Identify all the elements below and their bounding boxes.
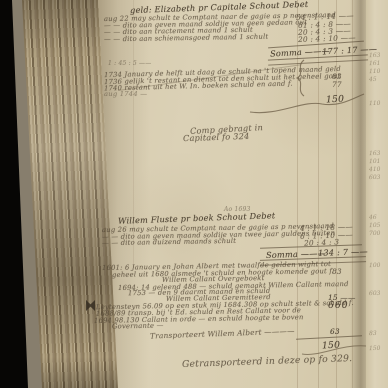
entry-line: Governante —: [112, 322, 164, 331]
margin-number: 105: [369, 222, 381, 229]
year-entry: aug 1744 —: [104, 90, 147, 98]
margin-number: 603: [369, 174, 381, 181]
margin-number: 83: [369, 330, 377, 337]
margin-number: 700: [369, 230, 381, 237]
entry-amount: 63: [330, 327, 340, 336]
entry-amount: 83: [332, 267, 342, 276]
margin-number: 163: [369, 52, 381, 59]
margin-number: 45: [369, 76, 377, 83]
margin-number: 110: [369, 100, 381, 107]
entry-amount: 660: [328, 300, 349, 311]
faint-subline: 1 : 45 : 5 ——: [108, 60, 151, 67]
margin-number: 150: [369, 345, 381, 352]
ledger-photo: geld: Elizabeth pr Capitale Schout Debet…: [0, 0, 388, 388]
margin-number: 161: [369, 60, 381, 67]
year-amount: 77: [332, 80, 342, 89]
margin-number: 603: [369, 290, 381, 297]
margin-number: 46: [369, 214, 377, 221]
margin-number: 100: [369, 262, 381, 269]
margin-number: 163: [369, 150, 381, 157]
margin-number: 410: [369, 166, 381, 173]
margin-number: 101: [369, 158, 381, 165]
margin-number: 110: [369, 68, 381, 75]
total-swash: [248, 92, 366, 114]
